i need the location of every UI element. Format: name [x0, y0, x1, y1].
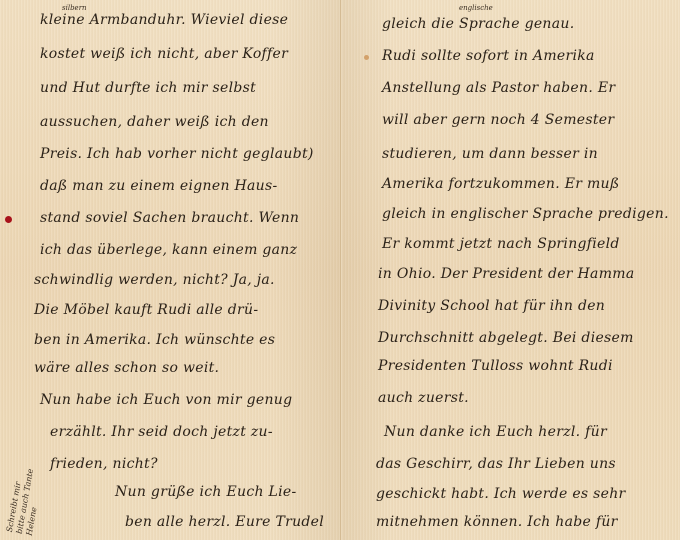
text-line: daß man zu einem eignen Haus-: [40, 178, 278, 194]
text-line: ben alle herzl. Eure Trudel: [125, 514, 324, 530]
text-line: aussuchen, daher weiß ich den: [40, 114, 269, 130]
text-line: frieden, nicht?: [50, 456, 158, 472]
text-line: Die Möbel kauft Rudi alle drü-: [34, 302, 258, 318]
superscript-note-left: silbern: [62, 4, 87, 12]
text-line: auch zuerst.: [378, 390, 469, 406]
text-line: in Ohio. Der President der Hamma: [378, 266, 635, 282]
text-line: das Geschirr, das Ihr Lieben uns: [376, 456, 616, 472]
text-line: Amerika fortzukommen. Er muß: [382, 176, 620, 192]
text-line: Nun danke ich Euch herzl. für: [384, 424, 607, 440]
text-line: ich das überlege, kann einem ganz: [40, 242, 297, 258]
superscript-note-right: englische: [459, 4, 493, 12]
text-line: erzählt. Ihr seid doch jetzt zu-: [50, 424, 273, 440]
text-line: kleine Armbanduhr. Wieviel diese: [40, 12, 288, 28]
right-page: englische gleich die Sprache genau. Rudi…: [342, 0, 680, 540]
left-page: silbern kleine Armbanduhr. Wieviel diese…: [0, 0, 340, 540]
letter-scan: silbern kleine Armbanduhr. Wieviel diese…: [0, 0, 680, 540]
margin-note: Schreibt mir bitte auch Tante Helene: [5, 462, 81, 540]
text-line: Nun habe ich Euch von mir genug: [40, 392, 292, 408]
text-line: Preis. Ich hab vorher nicht geglaubt): [40, 146, 314, 162]
text-line: Nun grüße ich Euch Lie-: [115, 484, 297, 500]
text-line: Anstellung als Pastor haben. Er: [382, 80, 615, 96]
text-line: Divinity School hat für ihn den: [378, 298, 605, 314]
text-line: ben in Amerika. Ich wünschte es: [34, 332, 275, 348]
text-line: stand soviel Sachen braucht. Wenn: [40, 210, 299, 226]
red-ink-dot: [5, 216, 12, 223]
text-line: kostet weiß ich nicht, aber Koffer: [40, 46, 288, 62]
text-line: und Hut durfte ich mir selbst: [40, 80, 256, 96]
text-line: wäre alles schon so weit.: [34, 360, 219, 376]
text-line: will aber gern noch 4 Semester: [382, 112, 614, 128]
text-line: Rudi sollte sofort in Amerika: [382, 48, 595, 64]
text-line: geschickt habt. Ich werde es sehr: [376, 486, 626, 502]
paper-stain: [364, 55, 369, 60]
text-line: gleich die Sprache genau.: [382, 16, 574, 32]
text-line: studieren, um dann besser in: [382, 146, 598, 162]
text-line: schwindlig werden, nicht? Ja, ja.: [34, 272, 275, 288]
text-line: Presidenten Tulloss wohnt Rudi: [378, 358, 613, 374]
text-line: gleich in englischer Sprache predigen.: [382, 206, 669, 222]
text-line: mitnehmen können. Ich habe für: [376, 514, 618, 530]
text-line: Er kommt jetzt nach Springfield: [382, 236, 620, 252]
text-line: Durchschnitt abgelegt. Bei diesem: [378, 330, 634, 346]
